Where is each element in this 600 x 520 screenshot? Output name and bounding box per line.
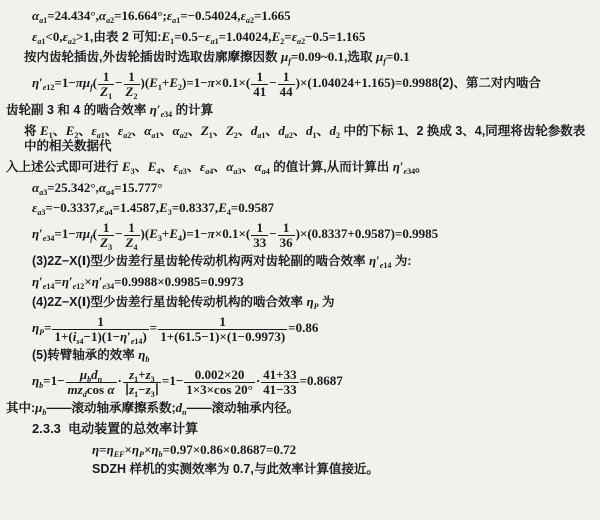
fraction: 136 [278,221,295,249]
text-line: SDZH 样机的实测效率为 0.7,与此效率计算值接近。 [4,462,594,478]
chinese-text-run: 为 [319,295,335,309]
chinese-text-run: 为: [391,254,411,268]
math-run: μf=0.1 [376,49,410,64]
chinese-text-run: ——滚动轴承摩擦系数; [46,401,175,415]
chinese-text-run: (3)2Z−X(Ⅰ)型少齿差行星齿轮传动机构两对齿轮副的啮合效率 [32,254,369,268]
text-line: 将 E1、E2、εa1、εa2、αa1、αa2、Z1、Z2、da1、da2、d1… [4,123,594,155]
text-line: 齿轮副 3 和 4 的啮合效率 η′e34 的计算 [4,102,594,119]
chinese-text-run: SDZH 样机的实测效率为 0.7,与此效率计算值接近。 [92,462,379,476]
math-run: η′e34=1−πμf(1Z3−1Z4)(E3+E4)=1−π×0.1×(133… [32,226,438,241]
math-run: E1、E2、εa1、εa2、αa1、αa2、Z1、Z2、da1、da2、d1、d… [40,123,340,138]
math-run: η′e12=1−πμf(1Z1−1Z2)(E1+E2)=1−π×0.1×(141… [32,75,438,90]
fraction: 133 [251,221,268,249]
fraction: 1Z1 [98,70,114,98]
chinese-text-run: 的值计算,从而计算出 [270,160,393,174]
math-run: μb [35,400,46,415]
text-line: η=ηEF×ηP×ηb=0.97×0.86×0.8687=0.72 [4,442,594,459]
text-line: (3)2Z−X(Ⅰ)型少齿差行星齿轮传动机构两对齿轮副的啮合效率 η′e14 为… [4,253,594,270]
text-line: η′e12=1−πμf(1Z1−1Z2)(E1+E2)=1−π×0.1×(141… [4,70,594,98]
chinese-text-run: 。 [415,160,428,174]
fraction: μbdnmzdcos α [66,368,117,396]
text-line: (4)2Z−X(Ⅰ)型少齿差行星齿轮传动机构的啮合效率 ηP 为 [4,294,594,311]
text-line: 入上述公式即可进行 E3、E4、εa3、εa4、αa3、αa4 的值计算,从而计… [4,159,594,176]
math-run: η′e14 [369,253,391,268]
text-line: 其中:μb——滚动轴承摩擦系数;dn——滚动轴承内径。 [4,400,594,417]
chinese-text-run: (4)2Z−X(Ⅰ)型少齿差行星齿轮传动机构的啮合效率 [32,295,306,309]
math-run: η′e34 [393,159,415,174]
math-run: μf=0.09~0.1 [281,49,344,64]
text-line: (5)转臂轴承的效率 ηb [4,347,594,364]
chinese-text-run: ,由表 2 可知: [90,30,162,44]
chinese-text-run: (2)、第二对内啮合 [438,76,541,90]
fraction: 141 [251,70,268,98]
math-run: αa1=24.434°,αa2=16.664°;εa1=−0.54024,εa2… [32,8,291,23]
fraction: 0.002×201×3×cos 20° [184,368,255,396]
fraction: 1Z2 [124,70,140,98]
fraction: z1+z3∣z1−z3∣ [123,368,161,396]
chinese-text-run: 入上述公式即可进行 [6,160,122,174]
chinese-text-run: 其中: [6,401,35,415]
chinese-text-run: 的计算 [172,103,213,117]
math-run: ηP [306,294,318,309]
math-run: dn [176,400,187,415]
fraction: 11+(is4−1)(1−η′e14) [52,315,148,343]
scanned-page: αa1=24.434°,αa2=16.664°;εa1=−0.54024,εa2… [4,8,594,520]
math-run: εa1<0,εa2>1 [32,29,90,44]
text-line: ηP=11+(is4−1)(1−η′e14)=11+(61.5−1)×(1−0.… [4,315,594,343]
text-line: 按内齿轮插齿,外齿轮插齿时选取齿廓摩擦因数 μf=0.09~0.1,选取 μf=… [4,49,594,66]
fraction: 144 [278,70,295,98]
section-heading: 2.3.3 电动装置的总效率计算 [4,421,594,438]
math-run: ηb [138,347,149,362]
math-run: η′e14=η′e12×η′e34=0.9988×0.9985=0.9973 [32,274,244,289]
chinese-text-run: ,选取 [344,50,376,64]
text-line: αa3=25.342°,αa4=15.777° [4,180,594,197]
chinese-text-run: 将 [24,124,40,138]
math-run: αa3=25.342°,αa4=15.777° [32,180,163,195]
fraction: 1Z4 [124,221,140,249]
chinese-text-run: 2.3.3 电动装置的总效率计算 [32,421,198,436]
text-line: ηb=1−μbdnmzdcos α·z1+z3∣z1−z3∣=1−0.002×2… [4,368,594,396]
math-run: εa3=−0.3337,εa4=1.4587,E3=0.8337,E4=0.95… [32,200,274,215]
math-run: η′e34 [150,102,172,117]
text-line: η′e34=1−πμf(1Z3−1Z4)(E3+E4)=1−π×0.1×(133… [4,221,594,249]
chinese-text-run: (5)转臂轴承的效率 [32,348,138,362]
fraction: 11+(61.5−1)×(1−0.9973) [158,315,287,343]
text-line: εa1<0,εa2>1,由表 2 可知:E1=0.5−εa1=1.04024,E… [4,29,594,46]
chinese-text-run: 齿轮副 3 和 4 的啮合效率 [6,103,150,117]
math-run: η=ηEF×ηP×ηb=0.97×0.86×0.8687=0.72 [92,442,296,457]
math-run: E3、E4、εa3、εa4、αa3、αa4 [122,159,270,174]
fraction: 41+3341−33 [261,368,298,396]
math-run: E1=0.5−εa1=1.04024,E2=εa2−0.5=1.165 [161,29,365,44]
text-line: αa1=24.434°,αa2=16.664°;εa1=−0.54024,εa2… [4,8,594,25]
chinese-text-run: 按内齿轮插齿,外齿轮插齿时选取齿廓摩擦因数 [24,50,281,64]
text-line: η′e14=η′e12×η′e34=0.9988×0.9985=0.9973 [4,274,594,291]
fraction: 1Z3 [98,221,114,249]
math-run: ηb=1−μbdnmzdcos α·z1+z3∣z1−z3∣=1−0.002×2… [32,373,343,388]
text-line: εa3=−0.3337,εa4=1.4587,E3=0.8337,E4=0.95… [4,200,594,217]
chinese-text-run: ——滚动轴承内径。 [187,401,300,415]
math-run: ηP=11+(is4−1)(1−η′e14)=11+(61.5−1)×(1−0.… [32,320,318,335]
